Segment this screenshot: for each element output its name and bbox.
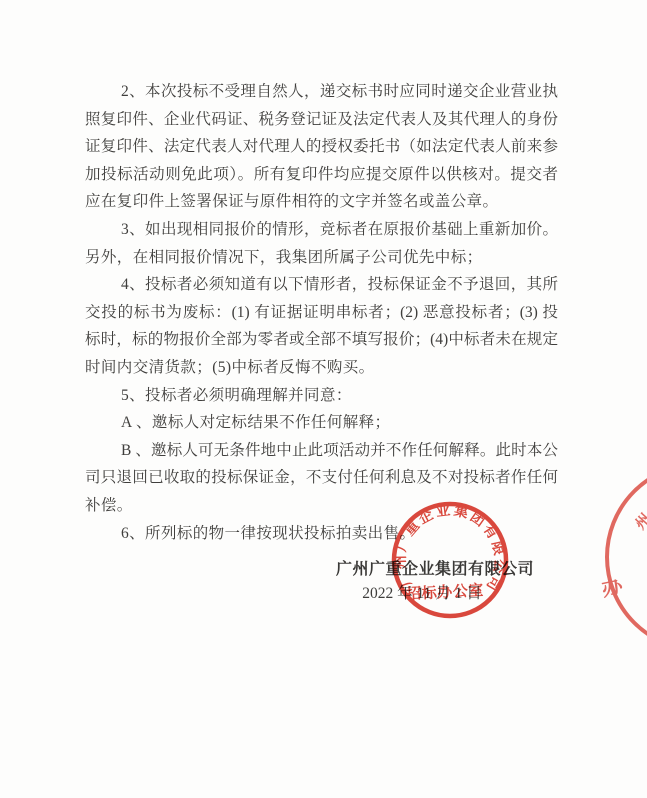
body-line: 应在复印件上签署保证与原件相符的文字并签名或盖公章。 [85, 188, 558, 216]
document-body: 2、本次投标不受理自然人，递交标书时应同时递交企业营业执 照复印件、企业代码证、… [85, 78, 558, 547]
body-line: 交投的标书为废标：(1) 有证据证明串标者；(2) 恶意投标者；(3) 投 [85, 299, 558, 327]
seal-arc-text: 广州广重企业集团有限公司 [393, 502, 509, 596]
edge-seal-fragment: 办 [599, 573, 626, 601]
body-line: 标时，标的物报价全部为零者或全部不填写报价；(4)中标者未在规定 [85, 326, 558, 354]
body-line: 加投标活动则免此项）。所有复印件均应提交原件以供核对。提交者 [85, 161, 558, 189]
body-line: 时间内交清货款；(5)中标者反悔不购买。 [85, 354, 558, 382]
seal-center-text: 招标办公室 [405, 581, 484, 603]
edge-seal-fragment: 州 [632, 510, 647, 533]
body-line: 2、本次投标不受理自然人，递交标书时应同时递交企业营业执 [85, 78, 558, 106]
body-line: B 、邀标人可无条件地中止此项活动并不作任何解释。此时本公 [85, 437, 558, 465]
body-line: 3、如出现相同报价的情形，竞标者在原报价基础上重新加价。 [85, 216, 558, 244]
body-line: 5、投标者必须明确理解并同意： [85, 382, 558, 410]
body-line: A 、邀标人对定标结果不作任何解释； [85, 409, 558, 437]
company-seal-stamp: 广州广重企业集团有限公司 招标办公室 [385, 495, 515, 625]
body-line: 另外，在相同报价情况下，我集团所属子公司优先中标； [85, 244, 558, 272]
partial-edge-stamp: 州 办 [527, 470, 647, 720]
body-line: 4、投标者必须知道有以下情形者，投标保证金不予退回，其所 [85, 271, 558, 299]
body-line: 证复印件、法定代表人对代理人的授权委托书（如法定代表人前来参 [85, 133, 558, 161]
edge-seal-ring [607, 470, 647, 650]
body-line: 司只退回已收取的投标保证金，不支付任何利息及不对投标者作任何 [85, 464, 558, 492]
document-page: 2、本次投标不受理自然人，递交标书时应同时递交企业营业执 照复印件、企业代码证、… [0, 0, 647, 798]
body-line: 照复印件、企业代码证、税务登记证及法定代表人及其代理人的身份 [85, 106, 558, 134]
